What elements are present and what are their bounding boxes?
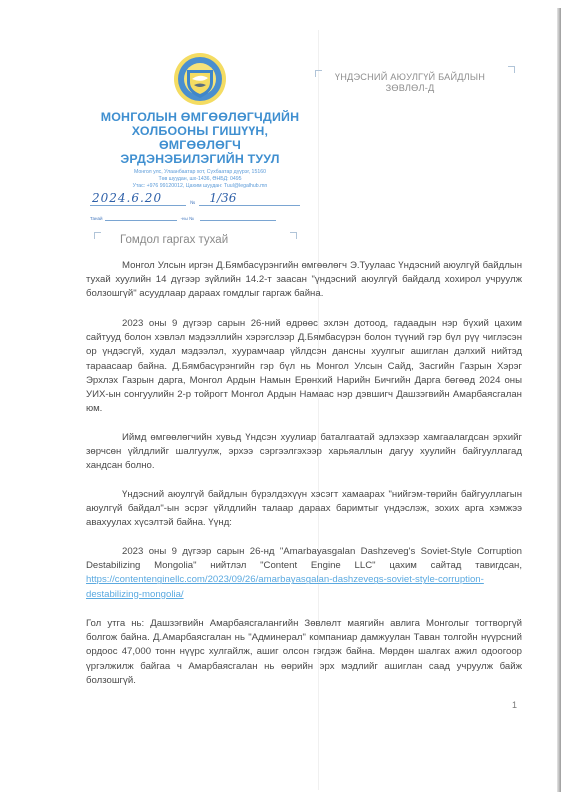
addressee-line: ҮНДЭСНИЙ АЮУЛГҮЙ БАЙДЛЫН — [310, 72, 510, 83]
paragraph-intro: Монгол Улсын иргэн Д.Бямбасүрэнгийн өмгө… — [86, 259, 522, 302]
addressee-line: ЗӨВЛӨЛ-Д — [310, 83, 510, 94]
addressee: ҮНДЭСНИЙ АЮУЛГҮЙ БАЙДЛЫН ЗӨВЛӨЛ-Д — [310, 72, 510, 94]
org-name-line: ЭРДЭНЭБИЛЭГИЙН ТУУЛ — [90, 152, 310, 166]
org-name-line: МОНГОЛЫН ӨМГӨӨЛӨГЧДИЙН — [90, 110, 310, 124]
letter-date: 2024.6.20 — [90, 191, 186, 206]
number-label: № — [190, 200, 195, 206]
address-line: Утас: +976 99120012, Цахим шуудан: Tuul@… — [90, 183, 310, 190]
address-line: Монгол улс, Улаанбаатар хот, Сүхбаатар д… — [90, 169, 310, 176]
reply-number-label: -ны № — [181, 216, 194, 221]
reply-date-line — [105, 219, 177, 221]
reply-to-label: Танай — [90, 216, 103, 221]
paragraph-request: Иймд өмгөөлөгчийн хувьд Үндсэн хуулиар б… — [86, 431, 522, 474]
org-address: Монгол улс, Улаанбаатар хот, Сүхбаатар д… — [90, 169, 310, 190]
paragraph-citation: 2023 оны 9 дүгээр сарын 26-нд "Amarbayas… — [86, 545, 522, 602]
paragraph-background: 2023 оны 9 дүгээр сарын 26-ний өдрөөс эх… — [86, 317, 522, 416]
paragraph-summary: Гол утга нь: Дашзэгвийн Амарбаясгалангий… — [86, 617, 522, 688]
page-edge-shadow — [557, 8, 561, 792]
subject-line: Гомдол гаргах тухай — [120, 234, 228, 246]
citation-text: 2023 оны 9 дүгээр сарын 26-нд "Amarbayas… — [86, 546, 522, 571]
citation-link[interactable]: https://contentenginellc.com/2023/09/26/… — [86, 574, 484, 599]
subject-corner-mark — [290, 232, 297, 239]
letterhead: МОНГОЛЫН ӨМГӨӨЛӨГЧДИЙН ХОЛБООНЫ ГИШҮҮН, … — [90, 52, 310, 190]
page-number: 1 — [512, 700, 517, 710]
paragraph-grounds: Үндэсний аюулгүй байдлын бүрэлдэхүүн хэс… — [86, 488, 522, 531]
org-name-line: ХОЛБООНЫ ГИШҮҮН, ӨМГӨӨЛӨГЧ — [90, 124, 310, 152]
reply-number-line — [200, 219, 276, 221]
subject-corner-mark — [94, 232, 101, 239]
letter-number: 1/36 — [199, 191, 300, 206]
reference-block: 2024.6.20 № 1/36 Танай -ны № — [90, 190, 300, 221]
address-line: Төв шуудан, шх-1436, ӨНБД: 0495 — [90, 176, 310, 183]
emblem-seal-icon — [173, 52, 227, 106]
